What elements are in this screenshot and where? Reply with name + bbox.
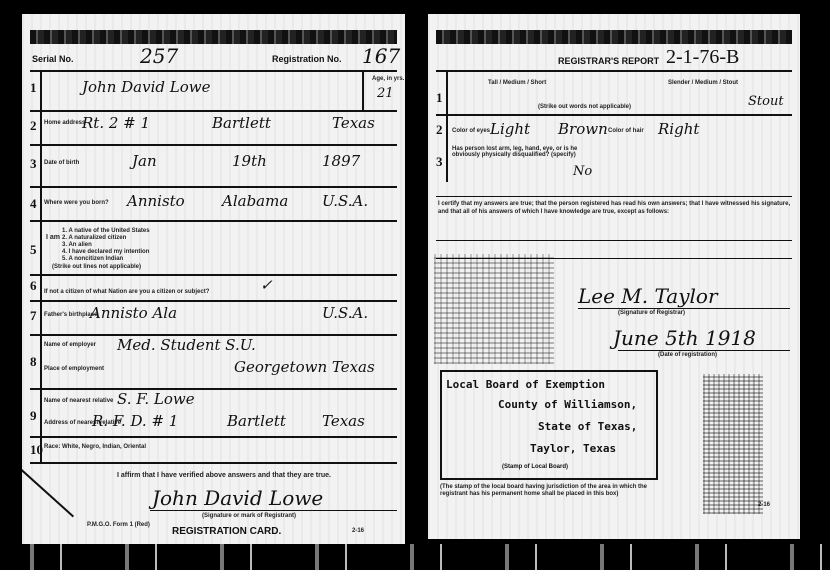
- father-birthplace-nation: U.S.A.: [322, 304, 368, 322]
- item-number: 1: [30, 80, 37, 96]
- employer-label: Name of employer: [44, 342, 96, 348]
- divider: [436, 196, 792, 197]
- registrar-signature: Lee M. Taylor: [578, 284, 718, 308]
- dob-year: 1897: [322, 152, 360, 170]
- left-margin-line: [40, 72, 42, 464]
- home-address-label: Home address: [44, 120, 85, 126]
- relative-address-street: R. F. D. # 1: [92, 412, 178, 430]
- divider: [30, 274, 397, 276]
- relative-name-label: Name of nearest relative: [44, 398, 113, 404]
- hair-label: Color of hair: [608, 128, 644, 134]
- employer-value: Med. Student S.U.: [117, 336, 256, 354]
- divider: [362, 72, 364, 110]
- bald-value: Right: [658, 120, 699, 138]
- citizenship-label: I am: [46, 234, 60, 241]
- stamp-line: County of Williamson,: [498, 398, 637, 411]
- father-birthplace-town: Annisto Ala: [90, 304, 177, 322]
- citizenship-option: 5. A noncitizen Indian: [62, 256, 123, 262]
- divider: [436, 114, 792, 116]
- certify-text: I certify that my answers are true; that…: [438, 200, 793, 216]
- local-board-stamp: Local Board of Exemption County of Willi…: [440, 370, 658, 480]
- signature-line: [150, 510, 397, 511]
- signature-line: [578, 308, 790, 309]
- corner-cut: [22, 469, 74, 544]
- registration-card-back: REGISTRAR'S REPORT 2-1-76-B 1 Tall / Med…: [428, 14, 800, 539]
- birthplace-state: Alabama: [222, 192, 288, 210]
- stamp-line: State of Texas,: [538, 420, 637, 433]
- registration-number: 167: [362, 44, 400, 68]
- stamp-caption: (Stamp of Local Board): [502, 464, 568, 470]
- serial-number: 257: [140, 44, 178, 68]
- divider: [30, 110, 397, 112]
- divider: [436, 70, 792, 72]
- stamp-line: Local Board of Exemption: [446, 378, 605, 391]
- relative-address-state: Texas: [322, 412, 365, 430]
- item-number: 3: [436, 154, 443, 170]
- disability-label: Has person lost arm, leg, hand, eye, or …: [452, 146, 592, 158]
- divider: [30, 70, 397, 72]
- citizenship-option: 4. I have declared my intention: [62, 249, 149, 255]
- item-number: 9: [30, 408, 37, 424]
- item-number: 8: [30, 354, 37, 370]
- film-strip-edge: [0, 544, 830, 570]
- registrant-signature: John David Lowe: [152, 486, 323, 510]
- serial-label: Serial No.: [32, 54, 74, 64]
- home-street: Rt. 2 # 1: [82, 114, 150, 132]
- item-number: 3: [30, 156, 37, 172]
- item-number: 4: [30, 196, 37, 212]
- report-title: REGISTRAR'S REPORT: [558, 56, 659, 66]
- height-label: Tall / Medium / Short: [488, 80, 546, 86]
- employment-place-value: Georgetown Texas: [234, 358, 375, 376]
- divider: [30, 144, 397, 146]
- item-number: 6: [30, 278, 37, 294]
- scan-noise: [703, 374, 763, 514]
- divider: [30, 436, 397, 438]
- signature-caption: (Signature or mark of Registrant): [202, 513, 296, 519]
- date-caption: (Date of registration): [658, 352, 717, 358]
- nation-label: If not a citizen of what Nation are you …: [44, 289, 209, 295]
- relative-address-city: Bartlett: [227, 412, 286, 430]
- eyes-label: Color of eyes: [452, 128, 490, 134]
- card-title: REGISTRATION CARD.: [172, 526, 281, 537]
- hair-value: Brown: [558, 120, 608, 138]
- name-value: John David Lowe: [82, 78, 210, 96]
- registration-date: June 5th 1918: [613, 326, 756, 350]
- dob-month: Jan: [132, 152, 157, 170]
- citizenship-option: 1. A native of the United States: [62, 228, 150, 234]
- form-id: P.M.G.O. Form 1 (Red): [87, 522, 150, 528]
- item-number: 5: [30, 242, 37, 258]
- divider: [30, 388, 397, 390]
- build-value: Stout: [748, 94, 784, 109]
- home-state: Texas: [332, 114, 375, 132]
- employment-place-label: Place of employment: [44, 366, 104, 372]
- item-number: 1: [436, 90, 443, 106]
- build-label: Slender / Medium / Stout: [668, 80, 738, 86]
- date-line: [618, 350, 790, 351]
- item-number: 2: [30, 118, 37, 134]
- affirm-text: I affirm that I have verified above answ…: [117, 472, 331, 479]
- registration-card-front: Serial No. 257 Registration No. 167 1 Jo…: [22, 14, 405, 544]
- eyes-value: Light: [490, 120, 530, 138]
- scan-noise: [434, 254, 554, 364]
- dob-day: 19th: [232, 152, 267, 170]
- nation-checkmark: ✓: [260, 276, 273, 294]
- stamp-note: (The stamp of the local board having jur…: [440, 484, 660, 498]
- item-number: 7: [30, 308, 37, 324]
- left-margin-line: [446, 72, 448, 182]
- citizenship-option: 3. An alien: [62, 242, 92, 248]
- birthplace-town: Annisto: [127, 192, 185, 210]
- item-number: 2: [436, 122, 443, 138]
- citizenship-option: 2. A naturalized citizen: [62, 235, 126, 241]
- birthplace-label: Where were you born?: [44, 200, 109, 206]
- dob-label: Date of birth: [44, 160, 79, 166]
- race-label: Race: White, Negro, Indian, Oriental: [44, 444, 146, 450]
- form-code: 2-16: [352, 528, 364, 534]
- divider: [30, 220, 397, 222]
- registration-label: Registration No.: [272, 54, 342, 64]
- divider: [30, 462, 397, 464]
- stamp-line: Taylor, Texas: [530, 442, 616, 455]
- strike-note: (Strike out words not applicable): [538, 104, 631, 110]
- age-value: 21: [377, 86, 394, 101]
- relative-name: S. F. Lowe: [117, 390, 195, 408]
- header-bar: [436, 30, 792, 44]
- home-city: Bartlett: [212, 114, 271, 132]
- age-label: Age, in yrs.: [372, 76, 404, 82]
- blank-line: [436, 240, 792, 241]
- header-bar: [30, 30, 397, 44]
- divider: [30, 186, 397, 188]
- report-code: 2-1-76-B: [666, 46, 739, 69]
- birthplace-nation: U.S.A.: [322, 192, 368, 210]
- item-number: 10: [30, 442, 43, 458]
- citizenship-note: (Strike out lines not applicable): [52, 264, 141, 270]
- disability-value: No: [573, 164, 592, 179]
- registrar-caption: (Signature of Registrar): [618, 310, 685, 316]
- divider: [30, 300, 397, 302]
